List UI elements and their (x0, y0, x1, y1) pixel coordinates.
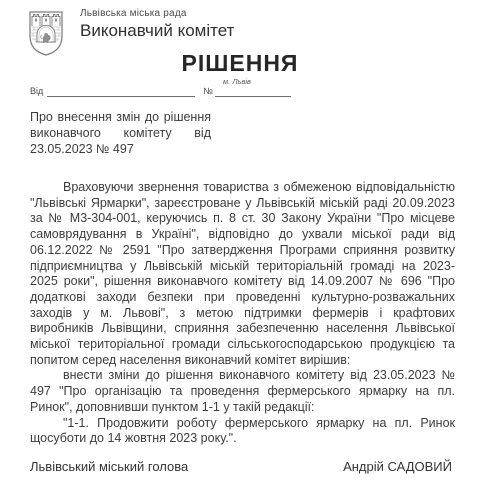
subject-line: 23.05.2023 № 497 (30, 141, 211, 157)
body-paragraph-resolution: внести зміни до рішення виконавчого комі… (30, 368, 455, 415)
signature-row: Львівський міський голова Андрій САДОВИЙ (30, 459, 452, 474)
number-label: № (203, 86, 213, 97)
document-title: РІШЕННЯ (0, 50, 480, 77)
body-paragraph-amendment: "1-1. Продовжити роботу фермерського ярм… (30, 416, 455, 447)
date-label: Від (30, 86, 43, 97)
body-paragraph-preamble: Враховуючи звернення товариства з обмеже… (30, 180, 455, 368)
signer-name: Андрій САДОВИЙ (343, 459, 452, 474)
subject-line: Про внесення змін до рішення (30, 109, 211, 125)
issuing-authority: Львівська міська рада Виконавчий комітет (80, 8, 234, 41)
document-subject: Про внесення змін до рішення виконавчого… (30, 109, 211, 157)
document-body: Враховуючи звернення товариства з обмеже… (30, 180, 455, 447)
document-page: Львівська міська рада Виконавчий комітет… (0, 0, 480, 498)
document-place: м. Львів (0, 77, 474, 86)
number-blank-line (215, 86, 291, 97)
signer-position: Львівський міський голова (30, 459, 188, 474)
date-blank-line (47, 86, 195, 97)
date-number-line: Від № (30, 86, 291, 97)
org-name-committee: Виконавчий комітет (80, 21, 234, 41)
subject-line: виконавчого комітету від (30, 125, 211, 141)
org-name-council: Львівська міська рада (80, 8, 234, 19)
